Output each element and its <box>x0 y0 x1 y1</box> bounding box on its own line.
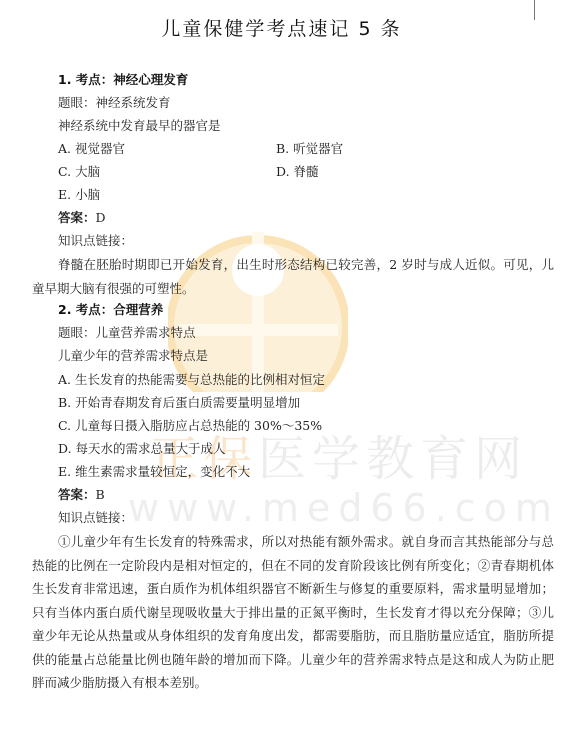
section-2-keyword: 题眼：儿童营养需求特点 <box>58 325 196 341</box>
answer-label: 答案： <box>58 487 96 502</box>
page-title: 儿童保健学考点速记 5 条 <box>0 14 563 41</box>
section-1-link-label: 知识点链接： <box>58 233 133 249</box>
section-1-option-c: C. 大脑 <box>58 164 100 180</box>
section-1-option-b: B. 听觉器官 <box>276 141 343 157</box>
section-2-explanation: ①儿童少年有生长发育的特殊需求，所以对热能有额外需求。就自身而言其热能部分与总热… <box>32 530 554 695</box>
section-2-question: 儿童少年的营养需求特点是 <box>58 348 208 364</box>
section-2-answer: 答案：B <box>58 487 105 503</box>
section-2-option-c: C. 儿童每日摄入脂肪应占总热能的 30%～35% <box>58 418 322 434</box>
answer-value: D <box>96 210 106 225</box>
section-2-option-d: D. 每天水的需求总量大于成人 <box>58 441 226 457</box>
section-2-link-label: 知识点链接： <box>58 510 133 526</box>
section-1-explanation: 脊髓在胚胎时期即已开始发育，出生时形态结构已较完善，2 岁时与成人近似。可见，儿… <box>32 253 554 300</box>
section-1-question: 神经系统中发育最早的器官是 <box>58 118 221 134</box>
section-2-option-a: A. 生长发育的热能需要与总热能的比例相对恒定 <box>58 372 325 388</box>
section-1-answer: 答案：D <box>58 210 106 226</box>
answer-value: B <box>96 487 105 502</box>
section-1-option-e: E. 小脑 <box>58 187 100 203</box>
answer-label: 答案： <box>58 210 96 225</box>
section-1-heading: 1. 考点：神经心理发育 <box>58 72 188 88</box>
section-1-keyword: 题眼：神经系统发育 <box>58 95 171 111</box>
section-2-option-e: E. 维生素需求量较恒定，变化不大 <box>58 464 250 480</box>
section-2-option-b: B. 开始青春期发育后蛋白质需要量明显增加 <box>58 395 300 411</box>
section-2-heading: 2. 考点：合理营养 <box>58 302 163 318</box>
section-1-option-d: D. 脊髓 <box>276 164 319 180</box>
section-1-option-a: A. 视觉器官 <box>58 141 125 157</box>
watermark-url: www.med66.com <box>128 486 560 530</box>
